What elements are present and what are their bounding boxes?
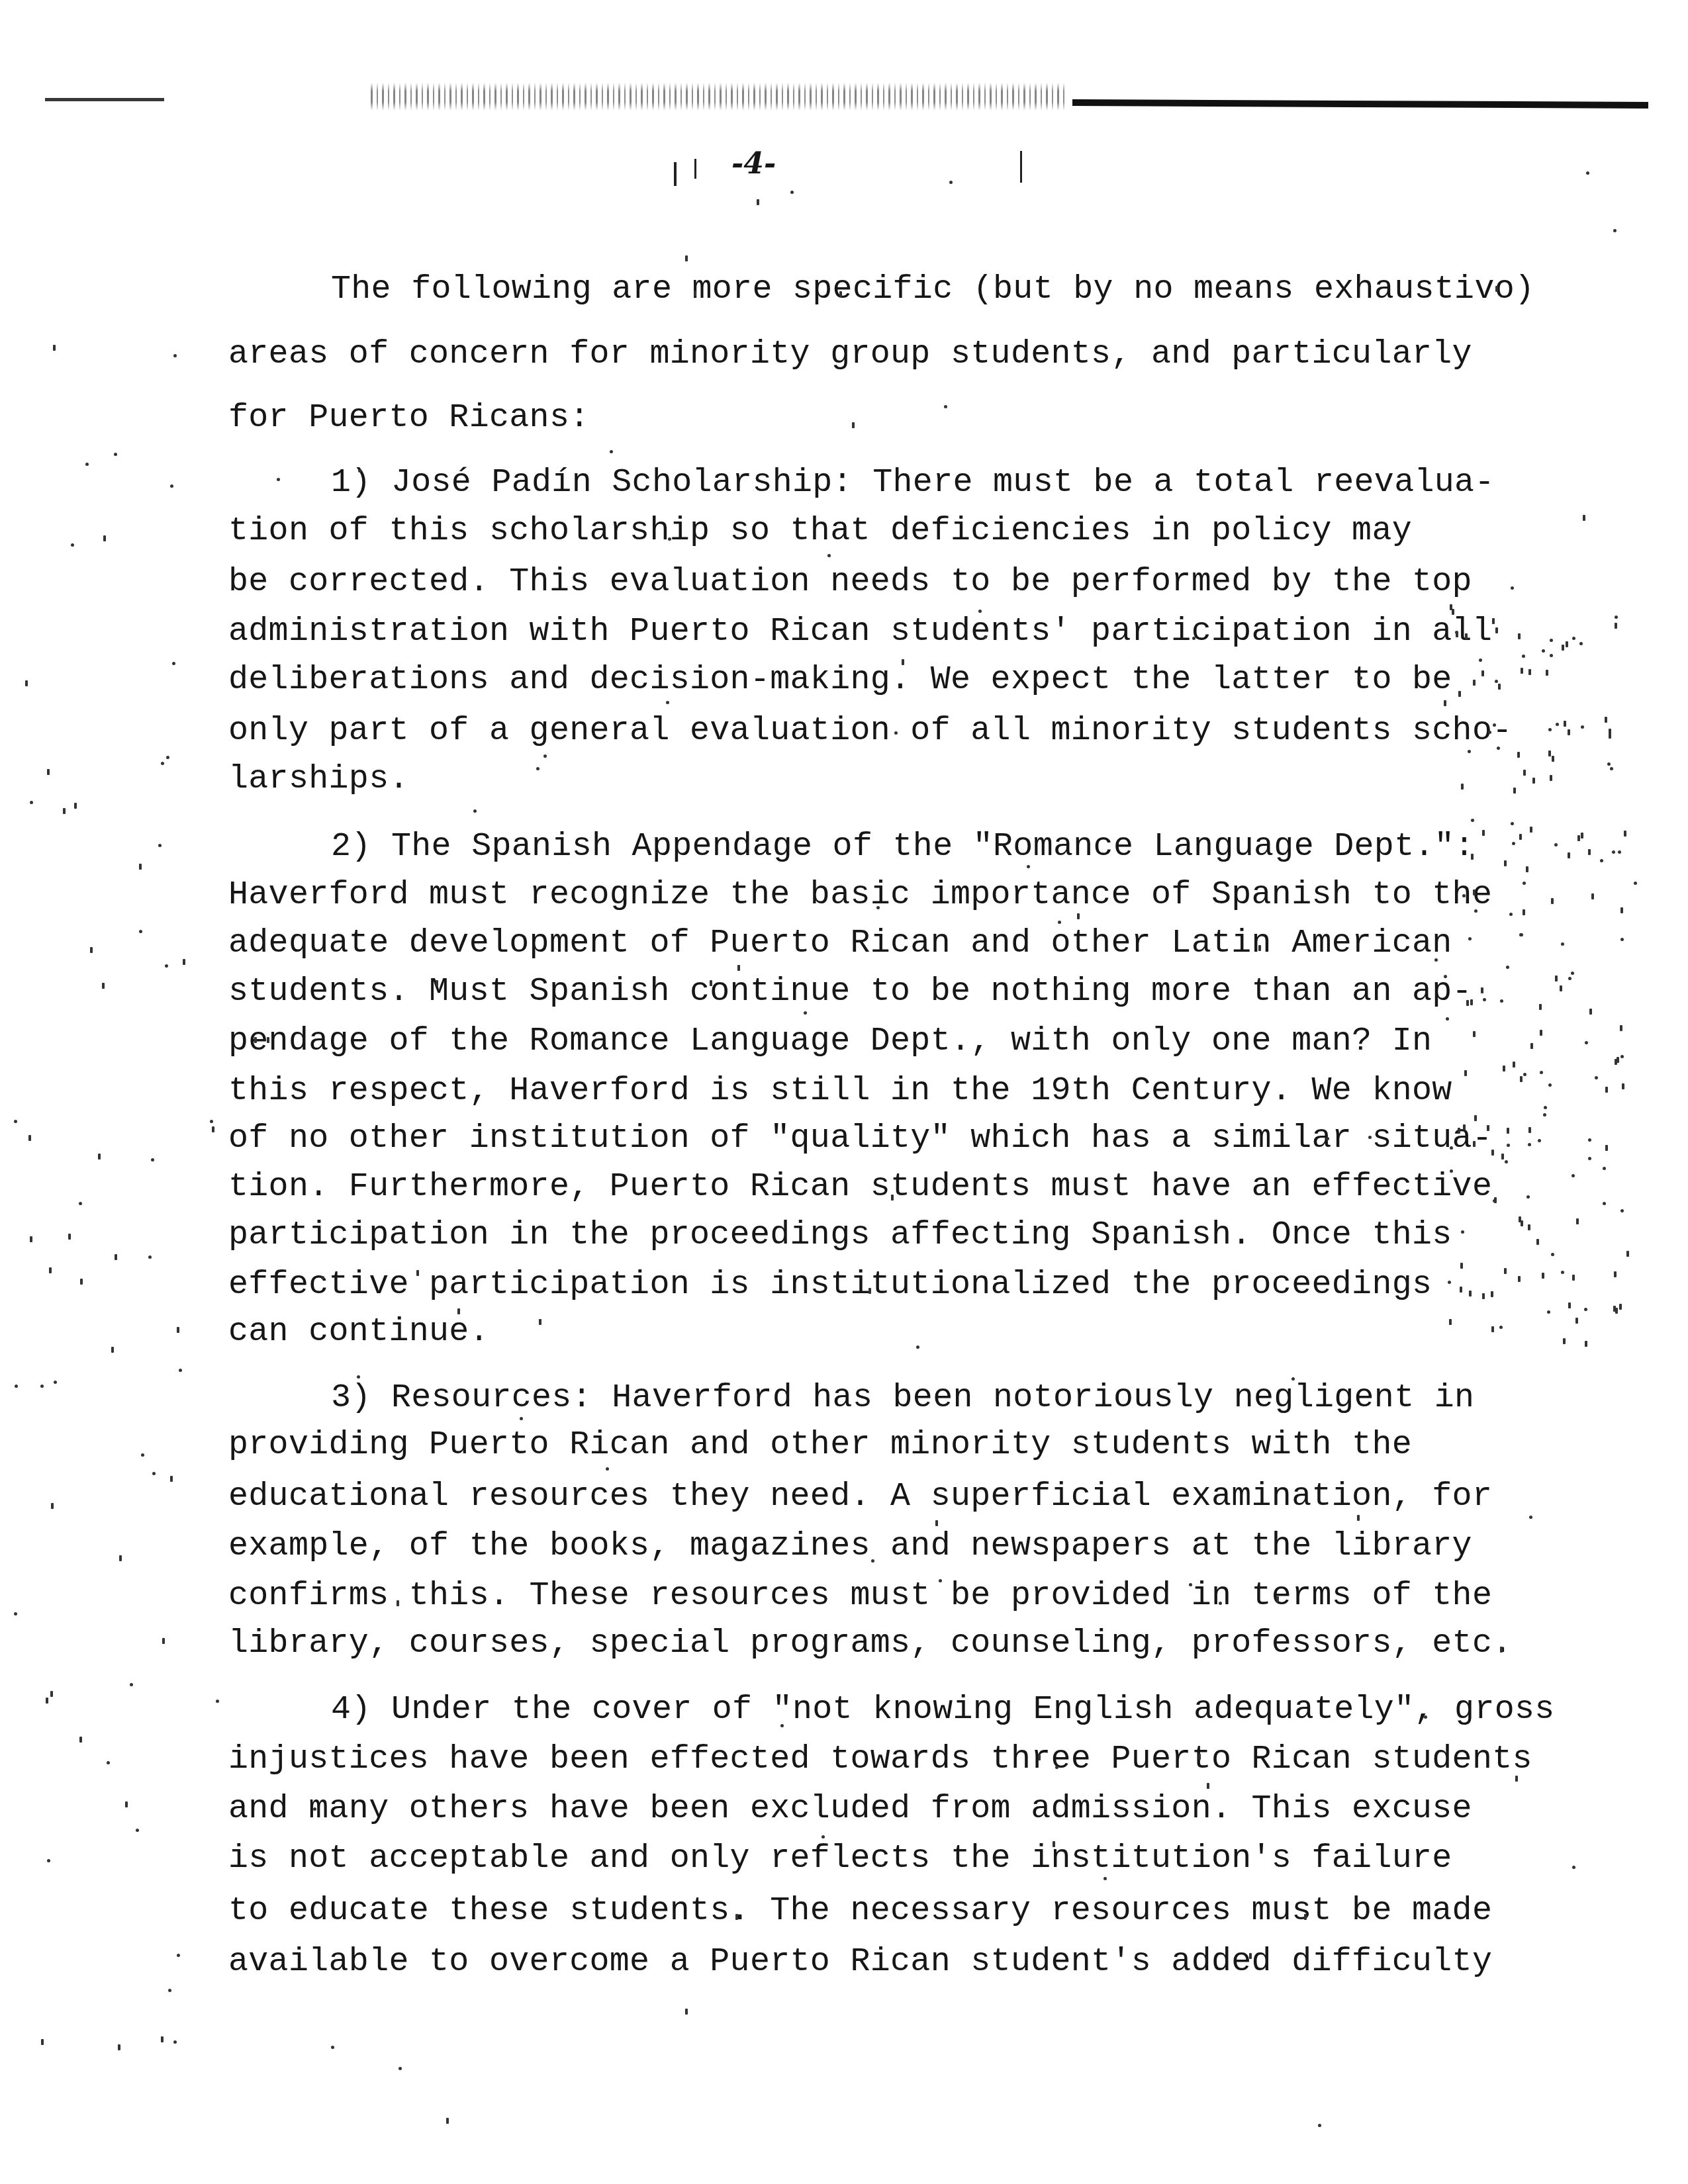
scan-speck <box>1532 778 1535 784</box>
item-line: library, courses, special programs, coun… <box>228 1627 1513 1661</box>
scan-speck <box>1603 1167 1606 1170</box>
scan-speck <box>1207 1783 1209 1789</box>
scan-speck <box>1556 723 1559 726</box>
scan-speck <box>1058 921 1061 924</box>
scan-speck <box>1500 999 1503 1003</box>
scan-speck <box>1473 680 1476 686</box>
scan-speck <box>1572 1866 1575 1869</box>
scan-speck <box>694 291 696 296</box>
scan-speck <box>1585 1041 1588 1044</box>
scan-speck <box>1585 1341 1587 1347</box>
scan-speck <box>172 662 175 665</box>
scan-speck <box>1495 680 1498 683</box>
scan-speck <box>98 1154 101 1160</box>
scan-speck <box>1027 865 1030 868</box>
scan-speck <box>1523 770 1526 776</box>
scan-speck <box>1561 942 1564 946</box>
scan-speck <box>107 1761 110 1764</box>
scan-speck <box>978 610 982 613</box>
scan-speck <box>757 199 759 205</box>
scan-speck <box>1548 751 1551 756</box>
scan-speck <box>254 1037 257 1043</box>
scan-speck <box>139 864 142 870</box>
scan-speck <box>1318 2124 1321 2127</box>
scan-speck <box>1491 1326 1494 1332</box>
scan-speck <box>520 1417 523 1420</box>
scan-speck <box>1482 830 1485 836</box>
scan-speck <box>1548 728 1552 731</box>
scan-speck <box>852 422 855 428</box>
scan-speck <box>1523 1073 1526 1076</box>
intro-line: for Puerto Ricans: <box>228 402 590 435</box>
scan-speck <box>79 1202 82 1205</box>
scan-speck <box>1584 1308 1587 1311</box>
scan-speck <box>539 1319 541 1325</box>
item-line: deliberations and decision-making. We ex… <box>228 664 1452 697</box>
scan-speck <box>1291 1377 1295 1381</box>
scan-speck <box>1523 882 1526 885</box>
scan-speck <box>710 980 712 986</box>
scan-speck <box>1529 1516 1532 1519</box>
scan-speck <box>111 1347 114 1353</box>
scan-speck <box>1560 985 1562 991</box>
scan-speck <box>79 1737 82 1743</box>
scan-speck <box>1568 729 1570 735</box>
scan-speck <box>935 1520 938 1526</box>
scan-speck <box>1568 1302 1571 1308</box>
scan-speck <box>1494 1197 1497 1203</box>
scan-speck <box>1449 1319 1452 1325</box>
scan-speck <box>1461 784 1464 790</box>
scan-mark <box>1020 151 1022 183</box>
intro-line: areas of concern for minority group stud… <box>228 338 1472 371</box>
scan-speck <box>118 2044 120 2050</box>
scan-speck <box>1605 1087 1608 1093</box>
scan-speck <box>1368 1136 1372 1139</box>
scan-speck <box>1542 649 1545 653</box>
scan-speck <box>1522 655 1525 658</box>
scan-speck <box>666 701 669 704</box>
scan-speck <box>1468 750 1471 753</box>
scan-speck <box>416 1270 419 1276</box>
item-line: this respect, Haverford is still in the … <box>228 1075 1452 1108</box>
scan-speck <box>543 754 547 758</box>
scan-speck <box>1491 1150 1494 1156</box>
scan-speck <box>151 1158 154 1161</box>
scan-speck <box>71 543 74 547</box>
scan-speck <box>1600 859 1603 862</box>
document-page: -4- The following are more specific (but… <box>0 0 1688 2184</box>
scan-speck <box>1615 623 1617 629</box>
scan-speck <box>1605 1145 1608 1151</box>
scan-speck <box>1424 1715 1427 1719</box>
scan-speck <box>14 1120 17 1123</box>
scan-speck <box>1471 819 1474 822</box>
scan-speck <box>1304 1914 1307 1920</box>
scan-speck <box>1620 1209 1624 1212</box>
scan-speck <box>1506 966 1509 969</box>
scan-speck <box>1613 229 1617 232</box>
scan-speck <box>51 1503 54 1509</box>
scan-speck <box>1462 894 1466 897</box>
item-line: and many others have been excluded from … <box>228 1793 1472 1826</box>
scan-speck <box>358 469 361 473</box>
scan-speck <box>47 1859 50 1862</box>
scan-speck <box>63 808 66 814</box>
scan-speck <box>1526 1195 1530 1199</box>
scan-speck <box>14 1612 17 1615</box>
item-line: adequate development of Puerto Rican and… <box>228 927 1452 960</box>
scan-speck <box>119 1555 122 1561</box>
scan-speck <box>1463 1124 1466 1130</box>
scan-speck <box>1434 958 1438 962</box>
item-line: available to overcome a Puerto Rican stu… <box>228 1946 1492 1979</box>
scan-speck <box>1528 669 1531 675</box>
item-line: confirms this. These resources must be p… <box>228 1580 1492 1613</box>
scan-speck <box>1499 1326 1503 1329</box>
scan-speck <box>1571 972 1574 975</box>
scan-speck <box>210 1120 213 1123</box>
scan-speck <box>177 1327 179 1333</box>
scan-speck <box>1609 733 1611 739</box>
scan-speck <box>102 983 105 989</box>
scan-speck <box>141 1453 144 1457</box>
scan-speck <box>827 554 831 557</box>
scan-speck <box>1586 171 1589 175</box>
scan-speck <box>115 1254 117 1260</box>
scan-speck <box>1512 842 1515 845</box>
scan-speck <box>1491 1291 1493 1297</box>
scan-speck <box>536 767 539 770</box>
item-line: only part of a general evaluation of all… <box>228 715 1513 748</box>
scan-speck <box>1456 631 1458 637</box>
scan-speck <box>173 2040 177 2044</box>
scan-speck <box>1509 913 1513 916</box>
scan-speck <box>1481 987 1483 993</box>
scan-speck <box>177 1954 180 1957</box>
scan-speck <box>50 1691 53 1697</box>
top-rule-scan-noise <box>371 83 1066 111</box>
scan-speck <box>1505 1160 1508 1163</box>
scan-speck <box>85 463 89 466</box>
item-line: 2) The Spanish Appendage of the "Romance… <box>331 831 1474 864</box>
scan-speck <box>1572 637 1575 640</box>
page-number: -4- <box>731 147 776 181</box>
item-line: injustices have been effected towards th… <box>228 1743 1532 1776</box>
scan-mark <box>694 159 696 179</box>
scan-speck <box>1550 775 1552 781</box>
scan-speck <box>1515 1776 1518 1782</box>
scan-speck <box>1583 515 1585 521</box>
scan-speck <box>1612 850 1615 854</box>
scan-speck <box>685 2009 688 2015</box>
scan-speck <box>457 1308 460 1314</box>
scan-speck <box>1458 691 1461 697</box>
scan-speck <box>1519 834 1522 840</box>
scan-speck <box>267 1037 269 1043</box>
scan-speck <box>1444 700 1446 706</box>
scan-speck <box>103 535 106 541</box>
scan-speck <box>1513 788 1516 794</box>
scan-speck <box>1622 1083 1624 1089</box>
scan-speck <box>1546 670 1548 676</box>
scan-speck <box>1513 1062 1515 1068</box>
scan-speck <box>790 191 794 194</box>
scan-speck <box>1249 1953 1252 1959</box>
scan-speck <box>1603 1202 1606 1205</box>
scan-speck <box>1507 1128 1509 1134</box>
scan-speck <box>1540 1030 1542 1036</box>
scan-speck <box>1618 850 1621 854</box>
scan-speck <box>1517 752 1520 758</box>
scan-speck <box>1504 1268 1507 1274</box>
scan-speck <box>446 2118 449 2124</box>
scan-speck <box>735 1914 738 1920</box>
scan-speck <box>1038 1754 1041 1760</box>
scan-speck <box>139 930 142 933</box>
scan-speck <box>1474 1115 1477 1121</box>
scan-speck <box>1460 1263 1463 1269</box>
scan-speck <box>1198 1754 1201 1760</box>
scan-speck <box>1551 898 1554 904</box>
scan-speck <box>1504 860 1507 866</box>
scan-speck <box>161 2036 164 2042</box>
scan-speck <box>1562 645 1564 651</box>
scan-speck <box>152 1472 156 1475</box>
scan-speck <box>1521 1220 1523 1226</box>
scan-mark <box>674 162 677 186</box>
scan-speck <box>399 2067 402 2070</box>
top-rule <box>1072 99 1648 109</box>
scan-speck <box>397 1600 399 1606</box>
item-line: to educate these students. The necessary… <box>228 1895 1492 1928</box>
scan-speck <box>212 1126 214 1132</box>
scan-speck <box>1634 882 1637 885</box>
item-line: be corrected. This evaluation needs to b… <box>228 566 1472 599</box>
scan-speck <box>1189 1583 1192 1586</box>
scan-speck <box>80 1279 83 1285</box>
scan-speck <box>170 484 173 488</box>
scan-speck <box>1589 1009 1592 1015</box>
scan-speck <box>1495 286 1498 292</box>
scan-speck <box>161 762 164 765</box>
scan-speck <box>1539 1004 1542 1010</box>
scan-speck <box>804 1011 807 1015</box>
scan-speck <box>685 255 688 261</box>
scan-speck <box>1588 1157 1591 1160</box>
scan-speck <box>1538 1139 1541 1142</box>
scan-speck <box>15 1385 18 1388</box>
item-line: larships. <box>228 763 409 796</box>
scan-speck <box>1465 633 1468 639</box>
scan-speck <box>1520 1076 1523 1082</box>
scan-speck <box>1464 1070 1467 1076</box>
scan-speck <box>1528 1143 1531 1146</box>
scan-speck <box>1458 1128 1460 1134</box>
scan-speck <box>1518 1276 1521 1282</box>
scan-speck <box>1575 1318 1578 1324</box>
item-line: 3) Resources: Haverford has been notorio… <box>331 1382 1474 1415</box>
scan-speck <box>436 980 438 986</box>
scan-speck <box>1473 1031 1476 1037</box>
scan-speck <box>1448 1281 1451 1284</box>
scan-speck <box>1521 668 1523 674</box>
scan-speck <box>1563 1338 1566 1344</box>
scan-speck <box>1450 1146 1453 1150</box>
scan-speck <box>1528 1224 1530 1230</box>
scan-speck <box>916 1345 919 1349</box>
scan-speck <box>28 1135 31 1141</box>
intro-line: The following are more specific (but by … <box>331 273 1534 306</box>
scan-speck <box>1620 938 1624 941</box>
scan-speck <box>90 947 93 953</box>
scan-speck <box>168 1989 171 1992</box>
top-rule-left <box>45 98 164 101</box>
scan-speck <box>1493 723 1496 727</box>
item-line: effective participation is institutional… <box>228 1269 1432 1302</box>
scan-speck <box>1498 684 1501 690</box>
item-line: providing Puerto Rican and other minorit… <box>228 1429 1412 1462</box>
scan-speck <box>1526 866 1528 872</box>
scan-speck <box>166 756 169 759</box>
scan-speck <box>1576 1218 1579 1224</box>
scan-speck <box>1555 976 1558 981</box>
scan-speck <box>1518 633 1521 639</box>
scan-speck <box>1595 1076 1598 1079</box>
scan-speck <box>1103 1877 1107 1880</box>
scan-speck <box>357 1375 360 1379</box>
item-line: 4) Under the cover of "not knowing Engli… <box>331 1694 1555 1727</box>
scan-speck <box>179 1369 182 1372</box>
scan-speck <box>216 1700 219 1703</box>
scan-speck <box>1564 721 1566 727</box>
scan-speck <box>331 2046 334 2049</box>
scan-speck <box>1613 1306 1616 1312</box>
scan-speck <box>1501 1154 1504 1160</box>
scan-speck <box>839 291 842 297</box>
scan-speck <box>1550 654 1553 657</box>
scan-speck <box>49 1267 52 1273</box>
scan-speck <box>1444 975 1447 978</box>
scan-speck <box>277 478 280 481</box>
scan-speck <box>30 1236 32 1242</box>
scan-speck <box>1528 1127 1531 1133</box>
scan-speck <box>1357 1515 1360 1521</box>
scan-speck <box>949 181 953 184</box>
scan-speck <box>1540 1071 1543 1074</box>
scan-speck <box>158 844 162 847</box>
scan-speck <box>1530 1043 1533 1049</box>
scan-speck <box>1554 843 1558 846</box>
scan-speck <box>1547 1310 1550 1314</box>
scan-speck <box>1497 747 1500 750</box>
scan-speck <box>1581 725 1584 729</box>
item-line: pendage of the Romance Language Dept., w… <box>228 1025 1432 1058</box>
scan-speck <box>868 1288 871 1294</box>
scan-speck <box>148 1255 152 1259</box>
scan-speck <box>40 1385 44 1388</box>
scan-speck <box>1495 627 1498 633</box>
scan-speck <box>1511 586 1514 590</box>
scan-speck <box>54 1381 57 1384</box>
scan-speck <box>1470 999 1473 1005</box>
scan-speck <box>1610 767 1613 770</box>
item-line: tion of this scholarship so that deficie… <box>228 515 1412 548</box>
scan-speck <box>136 1829 139 1832</box>
scan-speck <box>1523 909 1525 915</box>
scan-speck <box>984 635 987 639</box>
item-line: educational resources they need. A super… <box>228 1480 1492 1514</box>
scan-speck <box>1473 1141 1476 1147</box>
item-line: participation in the proceedings affecti… <box>228 1219 1452 1252</box>
scan-speck <box>74 803 77 809</box>
item-line: Haverford must recognize the basic impor… <box>228 879 1492 912</box>
scan-speck <box>53 345 56 351</box>
scan-speck <box>1571 1174 1575 1177</box>
scan-speck <box>1258 945 1261 951</box>
scan-speck <box>1544 1106 1547 1109</box>
scan-speck <box>1503 1066 1505 1071</box>
scan-speck <box>1473 889 1476 895</box>
scan-speck <box>47 769 50 775</box>
scan-speck <box>165 964 168 968</box>
scan-speck <box>1626 1251 1629 1257</box>
scan-speck <box>1446 1017 1449 1021</box>
scan-speck <box>1591 893 1594 899</box>
scan-speck <box>1536 1239 1539 1245</box>
scan-speck <box>902 659 904 665</box>
scan-speck <box>1487 1125 1489 1131</box>
scan-speck <box>1077 913 1080 919</box>
scan-speck <box>114 453 117 456</box>
scan-speck <box>1620 1025 1622 1031</box>
scan-speck <box>1615 1308 1618 1314</box>
item-line: of no other institution of "quality" whi… <box>228 1122 1492 1156</box>
scan-speck <box>1615 1059 1617 1065</box>
item-line: can continue. <box>228 1316 489 1349</box>
scan-speck <box>1577 835 1580 841</box>
scan-speck <box>1469 1291 1472 1297</box>
scan-speck <box>30 801 33 804</box>
scan-speck <box>1192 637 1196 640</box>
item-line: example, of the books, magazines and new… <box>228 1530 1472 1563</box>
scan-speck <box>1548 1083 1552 1087</box>
scan-speck <box>894 731 898 735</box>
scan-speck <box>1359 676 1362 680</box>
scan-speck <box>183 959 185 965</box>
scan-speck <box>1511 822 1514 825</box>
scan-speck <box>821 1835 825 1839</box>
scan-speck <box>1605 717 1607 723</box>
scan-speck <box>1500 1647 1503 1653</box>
scan-speck <box>1552 756 1554 762</box>
scan-speck <box>1551 1253 1554 1256</box>
scan-speck <box>1483 998 1486 1001</box>
scan-speck <box>173 354 177 357</box>
scan-speck <box>668 537 671 541</box>
scan-speck <box>130 1683 133 1686</box>
item-line: is not acceptable and only reflects the … <box>228 1843 1452 1876</box>
scan-speck <box>1460 1287 1462 1293</box>
scan-speck <box>1520 933 1523 936</box>
item-line: 1) José Padín Scholarship: There must be… <box>331 467 1495 500</box>
scan-speck <box>1572 1275 1575 1281</box>
scan-speck <box>1568 852 1570 858</box>
scan-speck <box>1053 1841 1055 1847</box>
scan-speck <box>25 680 28 686</box>
scan-speck <box>1588 1138 1591 1142</box>
scan-speck <box>1550 639 1553 642</box>
